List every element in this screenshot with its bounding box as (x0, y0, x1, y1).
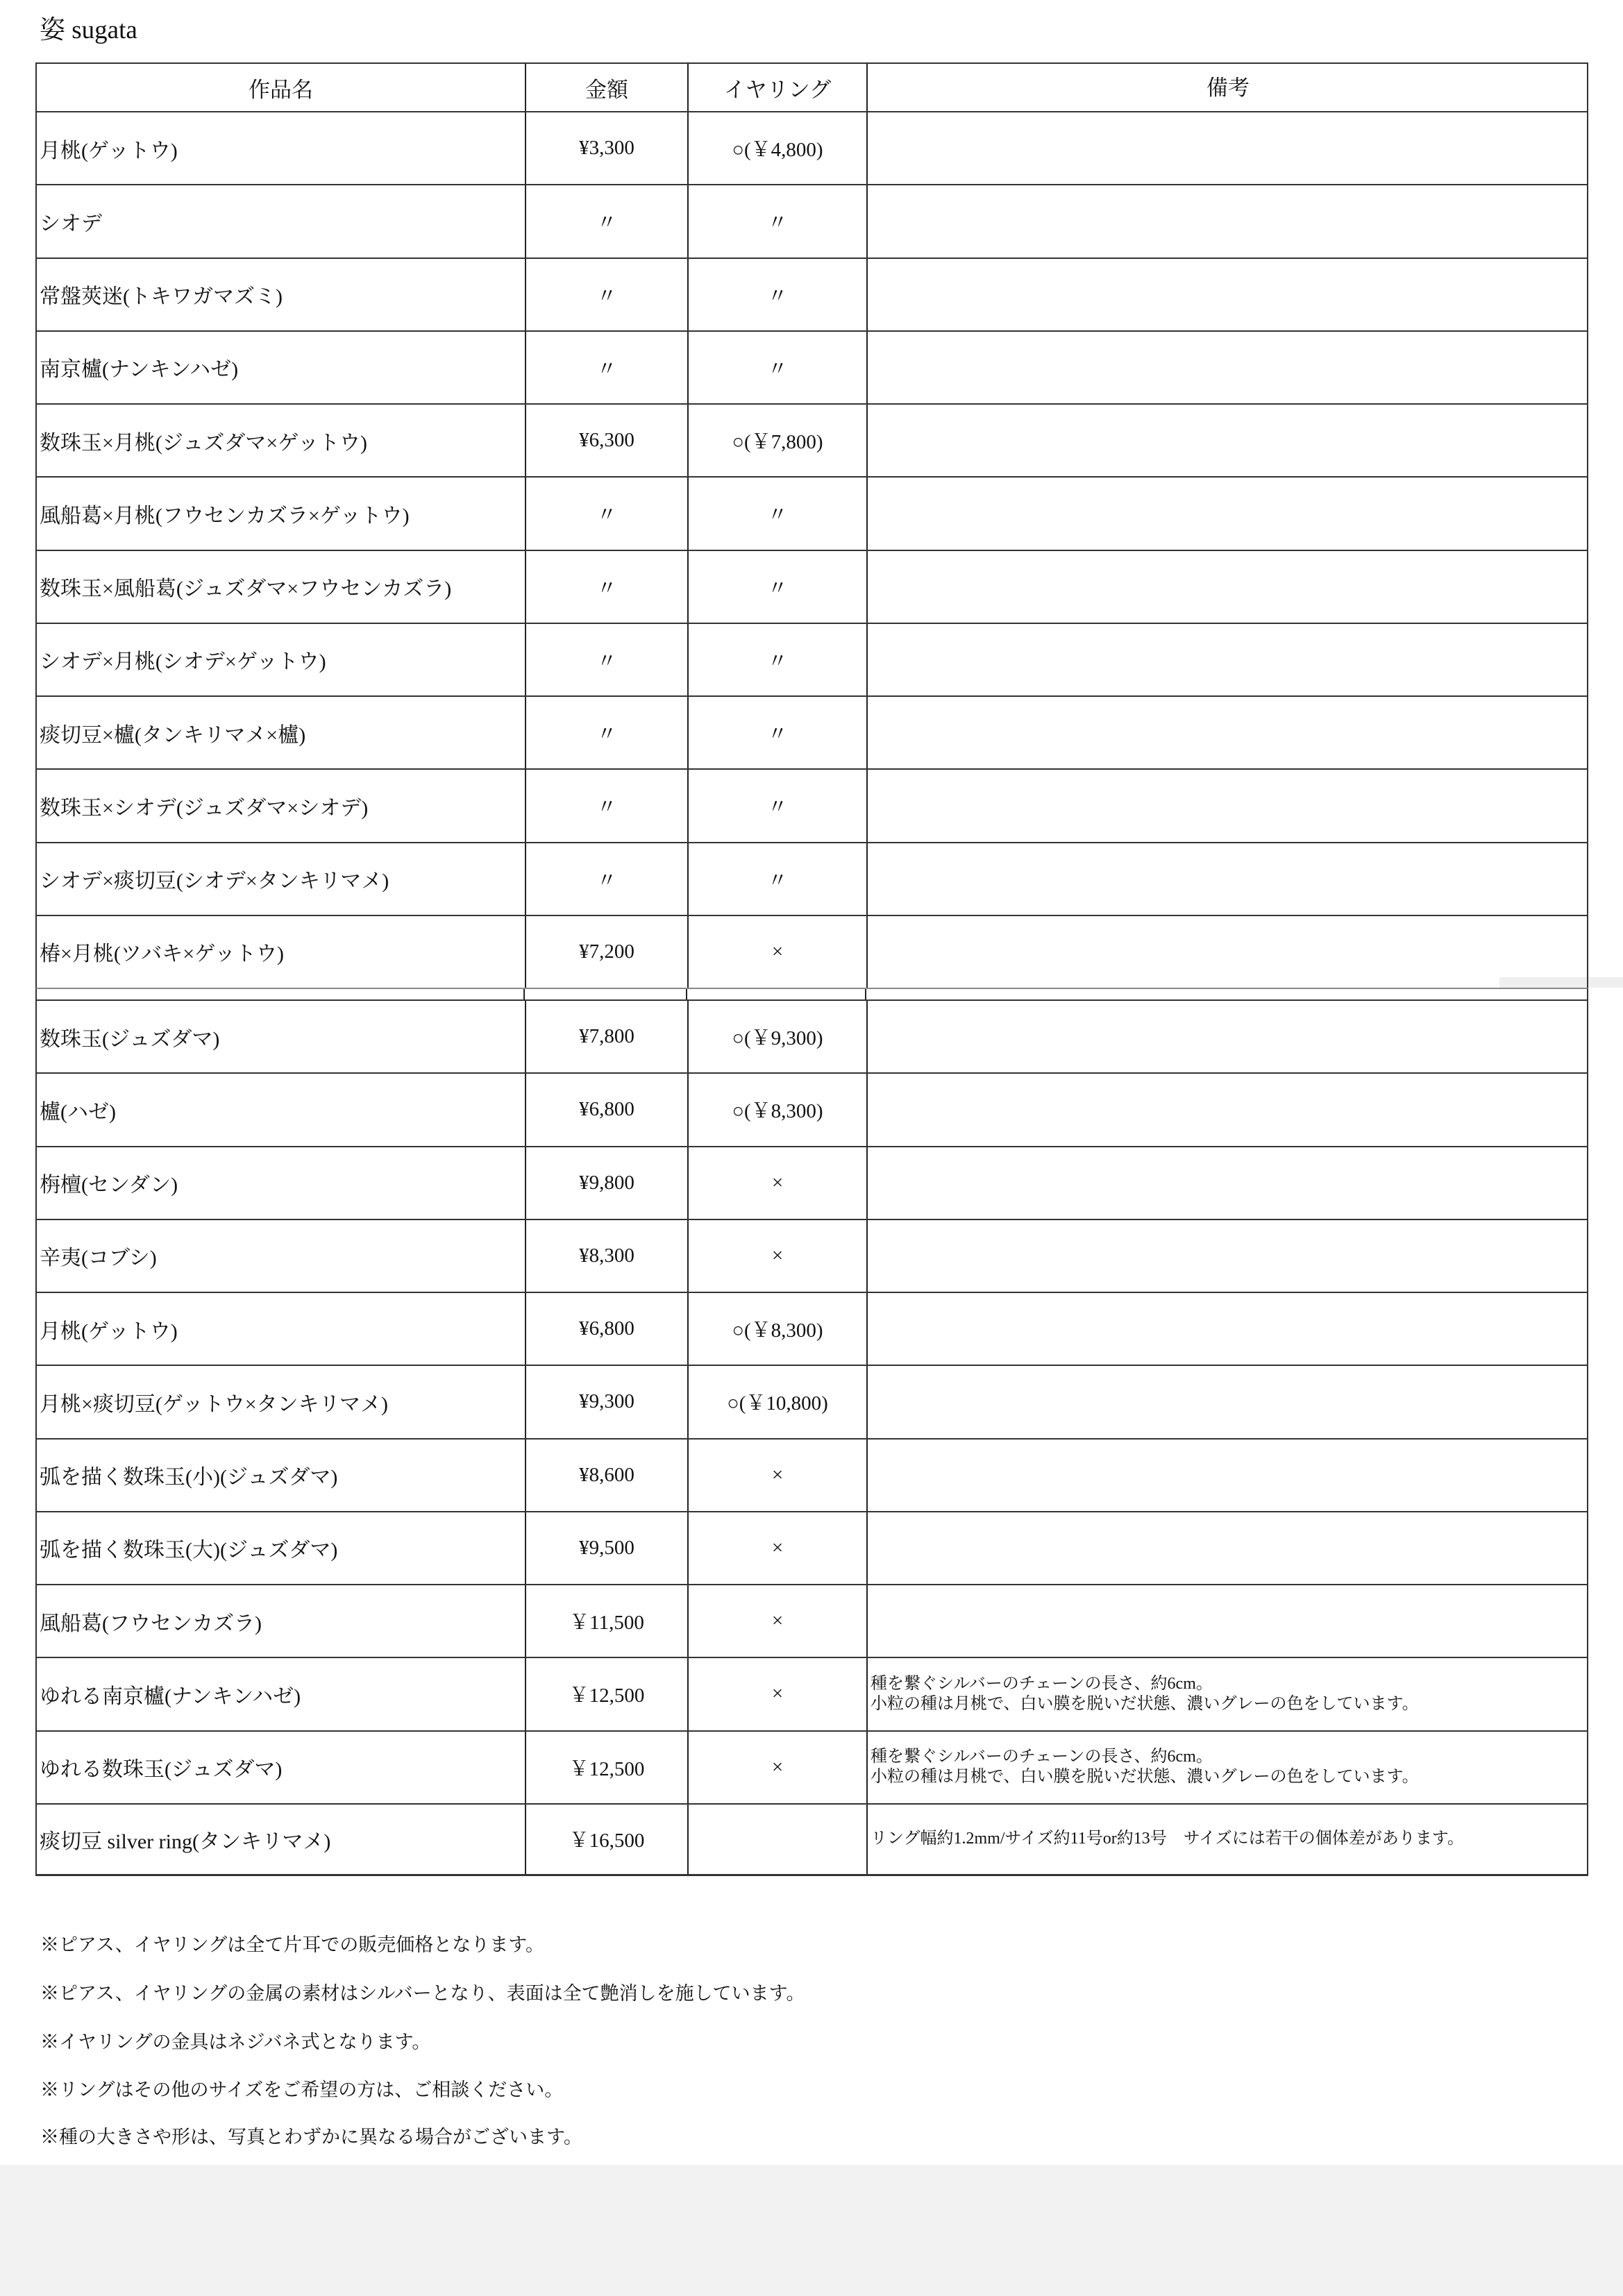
work-name-cell: 弧を描く数珠玉(大)(ジュズダマ) (37, 1512, 525, 1584)
notes-cell (866, 1293, 1588, 1365)
notes-cell (866, 1585, 1588, 1657)
notes-cell (866, 843, 1588, 915)
table-row: シオデ×月桃(シオデ×ゲットウ)〃〃 (35, 623, 1588, 695)
earring-cell: × (687, 1220, 866, 1292)
work-name-cell: 数珠玉(ジュズダマ) (37, 1001, 525, 1072)
earring-cell: × (687, 1585, 866, 1657)
table-header-row: 作品名 金額 イヤリング 備考 (35, 62, 1588, 111)
work-name-cell: シオデ×痰切豆(シオデ×タンキリマメ) (37, 843, 525, 915)
work-name-cell: 月桃(ゲットウ) (37, 112, 525, 184)
work-name-cell: 数珠玉×風船葛(ジュズダマ×フウセンカズラ) (37, 551, 525, 623)
table-row: 弧を描く数珠玉(小)(ジュズダマ)¥8,600× (35, 1438, 1588, 1511)
work-name-cell: 風船葛×月桃(フウセンカズラ×ゲットウ) (37, 478, 525, 549)
page-break-spacer (35, 988, 1588, 999)
table-row: 常盤莢迷(トキワガマズミ)〃〃 (35, 258, 1588, 330)
price-cell: ¥7,800 (525, 1001, 687, 1072)
earring-cell: × (687, 1732, 866, 1803)
table-row: 月桃×痰切豆(ゲットウ×タンキリマメ)¥9,300○(￥10,800) (35, 1365, 1588, 1437)
header-notes: 備考 (866, 64, 1588, 111)
work-name-cell: シオデ (37, 185, 525, 257)
price-cell: 〃 (525, 770, 687, 841)
work-name-cell: 常盤莢迷(トキワガマズミ) (37, 259, 525, 330)
work-name-cell: ゆれる数珠玉(ジュズダマ) (37, 1732, 525, 1803)
price-cell: ¥6,800 (525, 1074, 687, 1145)
earring-cell: 〃 (687, 551, 866, 623)
earring-cell: 〃 (687, 697, 866, 768)
footnote: ※リングはその他のサイズをご希望の方は、ご相談ください。 (40, 2078, 563, 2102)
notes-cell (866, 1001, 1588, 1072)
table-row: 椿×月桃(ツバキ×ゲットウ)¥7,200× (35, 915, 1588, 988)
notes-cell (866, 1147, 1588, 1219)
footnote: ※イヤリングの金具はネジバネ式となります。 (40, 2030, 430, 2054)
header-price: 金額 (525, 64, 687, 111)
table-row: 数珠玉×シオデ(ジュズダマ×シオデ)〃〃 (35, 768, 1588, 841)
table-row: シオデ×痰切豆(シオデ×タンキリマメ)〃〃 (35, 842, 1588, 915)
work-name-cell: 月桃(ゲットウ) (37, 1293, 525, 1365)
table-row: 月桃(ゲットウ)¥3,300○(￥4,800) (35, 111, 1588, 184)
price-cell: 〃 (525, 551, 687, 623)
work-name-cell: ゆれる南京櫨(ナンキンハゼ) (37, 1658, 525, 1730)
table-row: 数珠玉(ジュズダマ)¥7,800○(￥9,300) (35, 999, 1588, 1072)
earring-cell: ○(￥7,800) (687, 405, 866, 476)
footnote: ※ピアス、イヤリングの金属の素材はシルバーとなり、表面は全て艶消しを施しています… (40, 1982, 805, 2005)
price-cell: ¥9,800 (525, 1147, 687, 1219)
price-cell: 〃 (525, 697, 687, 768)
document-title: 姿 sugata (40, 14, 137, 47)
table-row: 栴檀(センダン)¥9,800× (35, 1146, 1588, 1219)
work-name-cell: 痰切豆 silver ring(タンキリマメ) (37, 1805, 525, 1874)
table-row: ゆれる南京櫨(ナンキンハゼ)￥12,500×種を繋ぐシルバーのチェーンの長さ、約… (35, 1657, 1588, 1730)
table-row: 風船葛(フウセンカズラ)￥11,500× (35, 1584, 1588, 1657)
header-earring: イヤリング (687, 64, 866, 111)
price-cell: ¥8,300 (525, 1220, 687, 1292)
price-cell: 〃 (525, 478, 687, 549)
work-name-cell: 櫨(ハゼ) (37, 1074, 525, 1145)
work-name-cell: 月桃×痰切豆(ゲットウ×タンキリマメ) (37, 1366, 525, 1437)
work-name-cell: 痰切豆×櫨(タンキリマメ×櫨) (37, 697, 525, 768)
earring-cell: ○(￥9,300) (687, 1001, 866, 1072)
work-name-cell: 南京櫨(ナンキンハゼ) (37, 332, 525, 403)
work-name-cell: 弧を描く数珠玉(小)(ジュズダマ) (37, 1440, 525, 1511)
work-name-cell: 栴檀(センダン) (37, 1147, 525, 1219)
price-cell: ￥11,500 (525, 1585, 687, 1657)
price-cell: ¥3,300 (525, 112, 687, 184)
notes-cell (866, 478, 1588, 549)
earring-cell: × (687, 1512, 866, 1584)
notes-cell (866, 185, 1588, 257)
table-row: 風船葛×月桃(フウセンカズラ×ゲットウ)〃〃 (35, 476, 1588, 549)
price-cell: ￥16,500 (525, 1805, 687, 1874)
table-row: ゆれる数珠玉(ジュズダマ)￥12,500×種を繋ぐシルバーのチェーンの長さ、約6… (35, 1730, 1588, 1803)
notes-cell (866, 697, 1588, 768)
earring-cell: × (687, 916, 866, 988)
work-name-cell: 数珠玉×月桃(ジュズダマ×ゲットウ) (37, 405, 525, 476)
notes-cell (866, 259, 1588, 330)
table-row: 数珠玉×月桃(ジュズダマ×ゲットウ)¥6,300○(￥7,800) (35, 403, 1588, 476)
notes-cell: 種を繋ぐシルバーのチェーンの長さ、約6cm。 小粒の種は月桃で、白い膜を脱いだ状… (866, 1658, 1588, 1730)
notes-cell: 種を繋ぐシルバーのチェーンの長さ、約6cm。 小粒の種は月桃で、白い膜を脱いだ状… (866, 1732, 1588, 1803)
earring-cell: × (687, 1147, 866, 1219)
table-row: 数珠玉×風船葛(ジュズダマ×フウセンカズラ)〃〃 (35, 550, 1588, 623)
price-cell: ¥7,200 (525, 916, 687, 988)
footnote: ※ピアス、イヤリングは全て片耳での販売価格となります。 (40, 1933, 544, 1957)
notes-cell (866, 112, 1588, 184)
footnote: ※種の大きさや形は、写真とわずかに異なる場合がございます。 (40, 2125, 582, 2149)
work-name-cell: 椿×月桃(ツバキ×ゲットウ) (37, 916, 525, 988)
notes-cell (866, 770, 1588, 841)
table-row: シオデ〃〃 (35, 184, 1588, 257)
work-name-cell: 風船葛(フウセンカズラ) (37, 1585, 525, 1657)
work-name-cell: シオデ×月桃(シオデ×ゲットウ) (37, 624, 525, 695)
notes-cell (866, 624, 1588, 695)
price-cell: ¥8,600 (525, 1440, 687, 1511)
table-row: 辛夷(コブシ)¥8,300× (35, 1219, 1588, 1292)
earring-cell: 〃 (687, 770, 866, 841)
price-cell: 〃 (525, 843, 687, 915)
notes-cell (866, 1512, 1588, 1584)
notes-cell (866, 1220, 1588, 1292)
price-cell: ¥9,300 (525, 1366, 687, 1437)
work-name-cell: 数珠玉×シオデ(ジュズダマ×シオデ) (37, 770, 525, 841)
earring-cell: ○(￥8,300) (687, 1074, 866, 1145)
earring-cell: × (687, 1658, 866, 1730)
notes-cell (866, 405, 1588, 476)
notes-cell: リング幅約1.2mm/サイズ約11号or約13号 サイズには若干の個体差がありま… (866, 1805, 1588, 1874)
earring-cell: × (687, 1440, 866, 1511)
earring-cell: 〃 (687, 332, 866, 403)
notes-cell (866, 551, 1588, 623)
table-row: 痰切豆 silver ring(タンキリマメ)￥16,500リング幅約1.2mm… (35, 1803, 1588, 1876)
earring-cell: ○(￥4,800) (687, 112, 866, 184)
price-cell: 〃 (525, 332, 687, 403)
price-cell: ¥9,500 (525, 1512, 687, 1584)
notes-cell (866, 1074, 1588, 1145)
notes-cell (866, 332, 1588, 403)
notes-cell (866, 916, 1588, 988)
earring-cell: 〃 (687, 624, 866, 695)
page-bottom-background (0, 2165, 1623, 2296)
notes-cell (866, 1366, 1588, 1437)
price-cell: 〃 (525, 185, 687, 257)
table-row: 月桃(ゲットウ)¥6,800○(￥8,300) (35, 1292, 1588, 1365)
earring-cell: 〃 (687, 259, 866, 330)
earring-cell: 〃 (687, 478, 866, 549)
table-row: 南京櫨(ナンキンハゼ)〃〃 (35, 330, 1588, 403)
price-cell: 〃 (525, 259, 687, 330)
price-cell: ¥6,300 (525, 405, 687, 476)
table-row: 櫨(ハゼ)¥6,800○(￥8,300) (35, 1072, 1588, 1145)
notes-cell (866, 1440, 1588, 1511)
work-name-cell: 辛夷(コブシ) (37, 1220, 525, 1292)
price-cell: ¥6,800 (525, 1293, 687, 1365)
price-cell: 〃 (525, 624, 687, 695)
earring-cell: 〃 (687, 185, 866, 257)
table-row: 弧を描く数珠玉(大)(ジュズダマ)¥9,500× (35, 1511, 1588, 1584)
earring-cell: ○(￥10,800) (687, 1366, 866, 1437)
earring-cell: ○(￥8,300) (687, 1293, 866, 1365)
header-work-name: 作品名 (37, 64, 525, 111)
price-cell: ￥12,500 (525, 1732, 687, 1803)
earring-cell: 〃 (687, 843, 866, 915)
price-cell: ￥12,500 (525, 1658, 687, 1730)
table-row: 痰切豆×櫨(タンキリマメ×櫨)〃〃 (35, 695, 1588, 768)
earring-cell (687, 1805, 866, 1874)
